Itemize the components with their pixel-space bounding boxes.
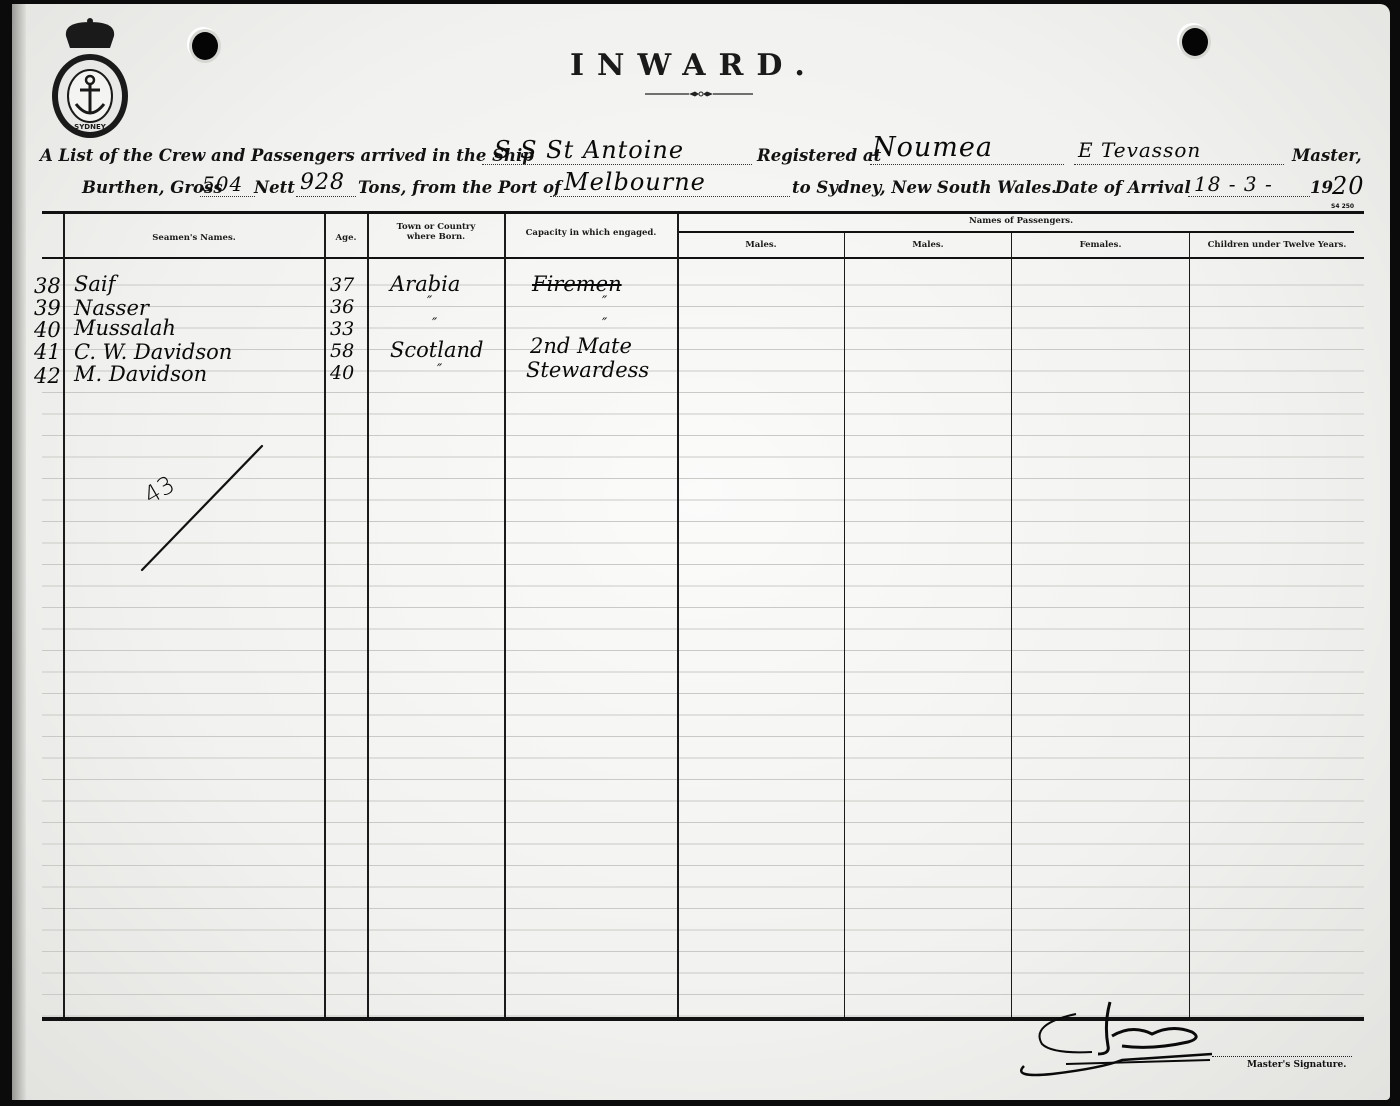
seaman-birthplace: Arabia	[390, 272, 460, 296]
seaman-age: 33	[330, 318, 354, 340]
row-number: 41	[34, 340, 61, 364]
seaman-name: Mussalah	[74, 316, 176, 340]
closing-slash-icon	[130, 442, 270, 574]
date-of-arrival-label: Date of Arrival	[1055, 178, 1191, 197]
table-top-rule	[42, 211, 1364, 214]
master-signature-label: Master's Signature.	[1247, 1060, 1346, 1070]
col-header-children: Children under Twelve Years.	[1190, 240, 1364, 250]
seaman-name: C. W. Davidson	[74, 340, 232, 364]
seaman-capacity: ″	[602, 294, 607, 310]
col-divider	[677, 214, 679, 1017]
seaman-birthplace: Scotland	[390, 338, 483, 362]
col-divider	[1011, 233, 1012, 1017]
col-header-females: Females.	[1012, 240, 1189, 250]
row-number: 42	[34, 364, 61, 388]
port-of-departure-value: Melbourne	[564, 168, 706, 196]
row-number: 38	[34, 274, 61, 298]
ruled-lines	[42, 264, 1364, 1020]
shipping-department-seal-icon: SYDNEY	[44, 18, 136, 138]
title-ornament-icon	[645, 90, 753, 98]
registered-at-value: Noumea	[872, 132, 993, 163]
seaman-age: 36	[330, 296, 354, 318]
col-header-capacity: Capacity in which engaged.	[505, 228, 677, 238]
registered-line	[870, 164, 1064, 165]
col-divider	[63, 214, 65, 1017]
col-divider	[1189, 233, 1190, 1017]
registered-label: Registered at	[757, 146, 881, 165]
seaman-capacity: ″	[602, 316, 607, 332]
seaman-name: M. Davidson	[74, 362, 207, 386]
nett-label: Nett	[254, 178, 295, 197]
col-divider	[504, 214, 506, 1017]
seaman-capacity: 2nd Mate	[530, 334, 632, 358]
arrival-line	[1188, 196, 1310, 197]
col-divider	[367, 214, 369, 1017]
row-number: 40	[34, 318, 61, 342]
form-number: S4 250	[1331, 203, 1354, 210]
seaman-birthplace: ″	[432, 316, 437, 332]
col-divider	[844, 233, 845, 1017]
seaman-age: 58	[330, 340, 354, 362]
punch-hole-right	[1182, 28, 1208, 56]
col-header-passengers: Names of Passengers.	[678, 216, 1364, 226]
header-bottom-rule	[42, 257, 1364, 259]
col-divider	[324, 214, 326, 1017]
col-header-males-1: Males.	[678, 240, 844, 250]
col-header-seamen-names: Seamen's Names.	[64, 233, 324, 243]
seaman-age: 37	[330, 274, 354, 296]
signature-line	[1212, 1056, 1352, 1057]
col-header-age: Age.	[325, 233, 367, 243]
svg-text:SYDNEY: SYDNEY	[74, 123, 107, 131]
document-title: INWARD.	[570, 48, 818, 83]
seaman-capacity: Firemen	[532, 272, 622, 296]
tons-from-port-label: Tons, from the Port of	[358, 178, 561, 197]
ship-name-value: S S St Antoine	[494, 136, 684, 164]
ship-name-line	[482, 164, 752, 165]
nett-line	[296, 196, 356, 197]
gross-tons-value: 504	[202, 172, 243, 196]
master-label: Master,	[1292, 146, 1362, 165]
document-page: SYDNEY INWARD. A List of the Crew and Pa…	[12, 4, 1390, 1100]
year-prefix-label: 19	[1310, 178, 1333, 197]
punch-hole-left	[192, 32, 218, 60]
master-name-value: E Tevasson	[1078, 138, 1201, 162]
row-number: 39	[34, 296, 61, 320]
destination-label: to Sydney, New South Wales.	[792, 178, 1057, 197]
gross-line	[200, 196, 255, 197]
seaman-capacity: Stewardess	[526, 358, 649, 382]
master-line	[1074, 164, 1284, 165]
col-header-town-born: Town or Country where Born.	[384, 222, 488, 242]
col-header-males-2: Males.	[845, 240, 1011, 250]
port-line	[550, 196, 790, 197]
year-suffix-value: 20	[1332, 172, 1365, 200]
seaman-age: 40	[330, 362, 354, 384]
seaman-birthplace: ″	[427, 294, 432, 310]
seaman-birthplace: ″	[437, 362, 442, 378]
master-signature-icon	[1012, 994, 1242, 1079]
passengers-subrule	[678, 231, 1354, 233]
arrival-date-value: 18 - 3 -	[1194, 172, 1273, 196]
nett-tons-value: 928	[300, 170, 345, 195]
seaman-name: Saif	[74, 272, 115, 296]
binding-edge	[12, 4, 26, 1100]
list-intro-label: A List of the Crew and Passengers arrive…	[40, 146, 534, 165]
